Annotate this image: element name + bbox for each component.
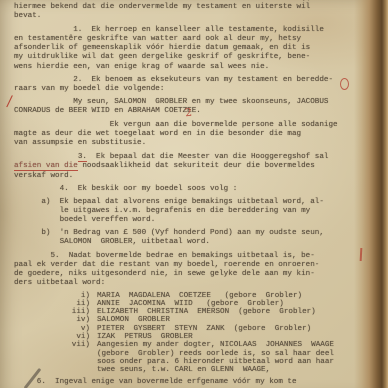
clause-5-residue: 5. Nadat bovermelde bedrae en bemakings …	[14, 252, 366, 288]
clause-1-revocation: 1. Ek herroep en kanselleer alle testame…	[14, 26, 366, 71]
intro-line: hiermee bekend dat die ondervermelde my …	[14, 3, 366, 21]
clause-3-text: Ek bepaal dat die Meester van die Hoogge…	[87, 153, 329, 161]
clause-3-number: 3.	[78, 153, 87, 162]
powers-paragraph: Ek vergun aan die bovermelde persone all…	[14, 121, 366, 148]
heir-name: SALOMON GROBLER	[97, 316, 170, 324]
clause-3-indent	[14, 153, 78, 161]
heir-row-deceased-daughter: vii) Aangesien my ander dogter, NICOLAAS…	[64, 341, 388, 374]
heir-row: i) MARIA MAGDALENA COETZEE (gebore Grobl…	[64, 292, 388, 300]
heir-numeral: i)	[64, 292, 97, 300]
heir-numeral: iv)	[64, 316, 97, 324]
clause-3-security: 3. Ek bepaal dat die Meester van die Hoo…	[14, 153, 366, 180]
heir-name: Aangesien my ander dogter, NICOLAAS JOHA…	[97, 341, 334, 374]
heir-numeral: v)	[64, 325, 97, 333]
clause-6-predecease: 6. Ingeval enige van bovermelde erfgenam…	[14, 378, 366, 387]
heir-row: iv) SALOMON GROBLER	[64, 316, 388, 324]
scanned-will-page: my, maak hiermee bekend dat die onderver…	[0, 0, 388, 388]
heir-name: PIETER GYSBERT STEYN ZANK (gebore Groble…	[97, 325, 311, 333]
clause-4-disposition-heading: 4. Ek beskik oor my boedel soos volg :	[14, 185, 366, 194]
heir-row: v) PIETER GYSBERT STEYN ZANK (gebore Gro…	[64, 325, 388, 333]
cut-off-top-line: my, maak	[0, 0, 348, 4]
clause-4-item-a: a) Ek bepaal dat alvorens enige bemaking…	[14, 198, 366, 225]
paper: my, maak hiermee bekend dat die onderver…	[0, 0, 388, 388]
red-underlined-phrase: afsien van die	[14, 162, 78, 171]
heir-numeral: vii)	[64, 341, 97, 349]
red-numeral-mark: 2	[184, 106, 192, 120]
heir-row: ii) ANNIE JACOMINA WIID (gebore Grobler)	[64, 300, 388, 308]
red-circle-mark	[340, 78, 349, 90]
clause-2-executors-heading: 2. Ek benoem as eksekuteurs van my testa…	[14, 76, 366, 94]
heir-name: ANNIE JACOMINA WIID (gebore Grobler)	[97, 300, 284, 308]
heirs-list: i) MARIA MAGDALENA COETZEE (gebore Grobl…	[64, 292, 388, 375]
heir-numeral: ii)	[64, 300, 97, 308]
clause-4-item-b: b) 'n Bedrag van £ 500 (Vyf honderd Pond…	[14, 229, 366, 247]
heir-name: MARIA MAGDALENA COETZEE (gebore Grobler)	[97, 292, 302, 300]
book-page-edge	[354, 0, 388, 388]
